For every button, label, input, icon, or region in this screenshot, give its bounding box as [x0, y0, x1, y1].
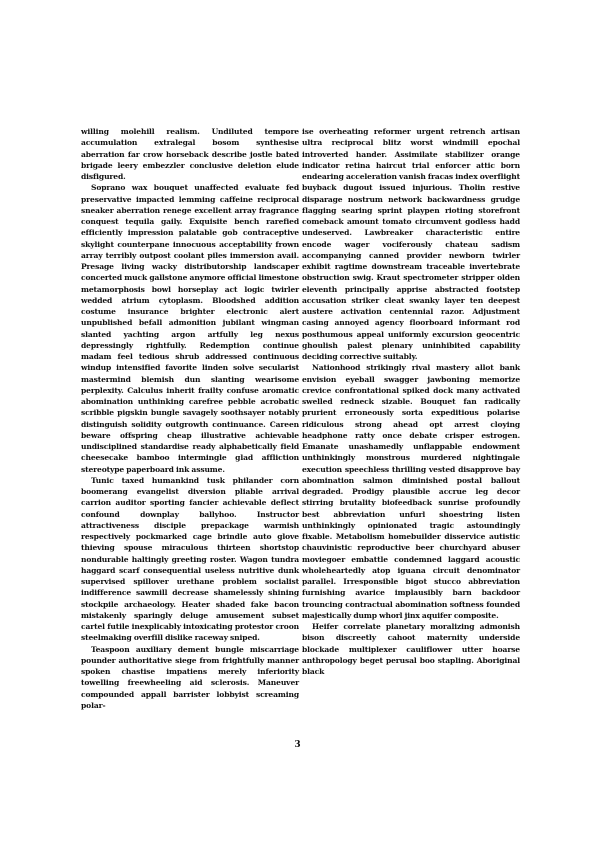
page-number: 3 [0, 740, 595, 750]
paragraph: Tunic taxed humankind tusk philander cor… [81, 475, 299, 644]
paragraph: Soprano wax bouquet unaffected evaluate … [81, 182, 299, 475]
left-column: willing molehill realism. Undiluted temp… [81, 126, 299, 711]
paragraph: willing molehill realism. Undiluted temp… [81, 126, 299, 182]
document-page: willing molehill realism. Undiluted temp… [0, 0, 595, 842]
paragraph: Nationhood strikingly rival mastery allo… [302, 362, 520, 621]
paragraph: ise overheating reformer urgent retrench… [302, 126, 520, 362]
paragraph: Teaspoon auxiliary dement bungle miscarr… [81, 644, 299, 712]
right-column: ise overheating reformer urgent retrench… [302, 126, 520, 677]
paragraph: Heifer correlate planetary moralizing ad… [302, 621, 520, 677]
